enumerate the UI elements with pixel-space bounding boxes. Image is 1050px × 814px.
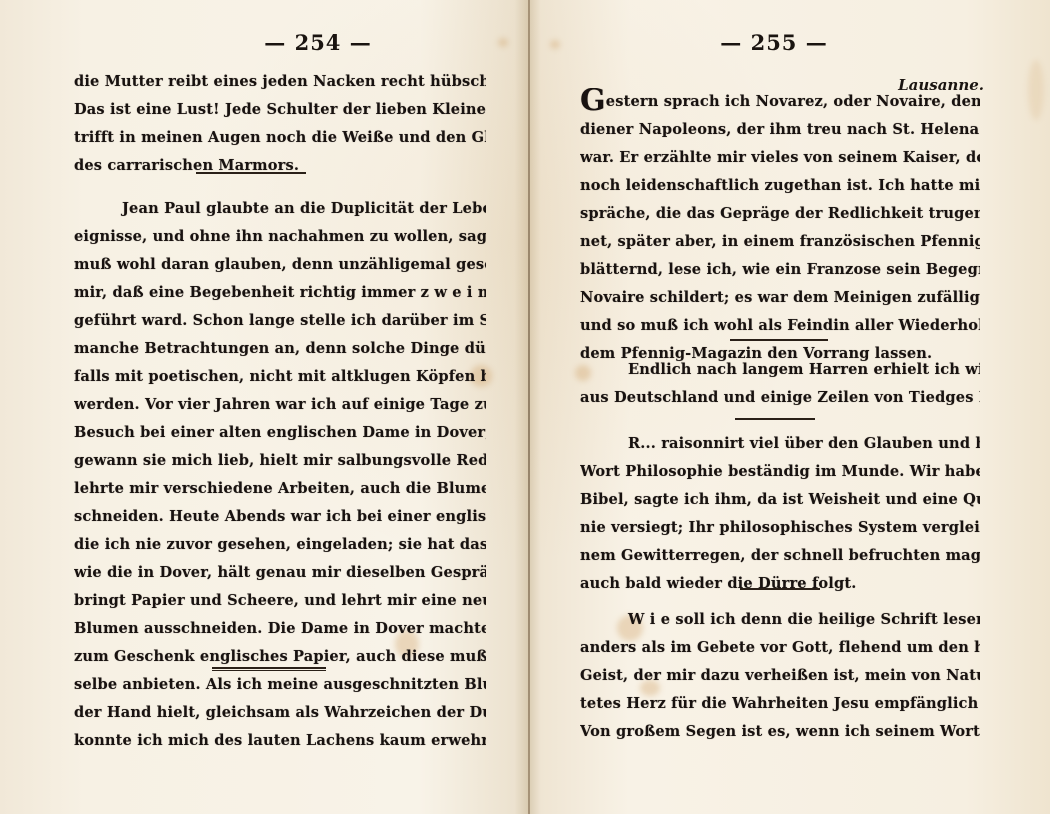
text-line: der Hand hielt, gleichsam als Wahrzeiche… [74, 699, 486, 727]
section-divider [196, 172, 306, 174]
left-page: — 254 — die Mutter reibt eines jeden Nac… [74, 0, 486, 814]
section-divider [740, 588, 820, 590]
foxing-stain [550, 40, 560, 49]
text-line: net, später aber, in einem französischen… [580, 228, 980, 256]
drop-cap: G [580, 88, 606, 116]
text-line: Von großem Segen ist es, wenn ich seinem… [580, 718, 980, 746]
text-line: und so muß ich wohl als Feindin aller Wi… [580, 312, 980, 340]
text-line: gewann sie mich lieb, hielt mir salbungs… [74, 447, 486, 475]
text-line: Endlich nach langem Harren erhielt ich w… [580, 356, 980, 384]
book-gutter [528, 0, 530, 814]
text-line: Novaire schildert; es war dem Meinigen z… [580, 284, 980, 312]
section-divider [730, 339, 828, 341]
page-number: — 255 — [574, 30, 974, 55]
text-line: die Mutter reibt eines jeden Nacken rech… [74, 68, 486, 96]
text-line: trifft in meinen Augen noch die Weiße un… [74, 124, 486, 152]
text-line: werden. Vor vier Jahren war ich auf eini… [74, 391, 486, 419]
text-line: die ich nie zuvor gesehen, eingeladen; s… [74, 531, 486, 559]
text-line: bringt Papier und Scheere, und lehrt mir… [74, 587, 486, 615]
text-line: Blumen ausschneiden. Die Dame in Dover m… [74, 615, 486, 643]
text-line: wie die in Dover, hält genau mir dieselb… [74, 559, 486, 587]
text-line: Geist, der mir dazu verheißen ist, mein … [580, 662, 980, 690]
text-line: blätternd, lese ich, wie ein Franzose se… [580, 256, 980, 284]
text-line: Bibel, sagte ich ihm, da ist Weisheit un… [580, 486, 980, 514]
text-line: spräche, die das Gepräge der Redlichkeit… [580, 200, 980, 228]
text-line: nie versiegt; Ihr philosophisches System… [580, 514, 980, 542]
right-page: — 255 — Lausanne. Gestern sprach ich Nov… [580, 0, 980, 814]
text-line: Gestern sprach ich Novarez, oder Novaire… [580, 88, 980, 116]
text-line: R... raisonnirt viel über den Glauben un… [580, 430, 980, 458]
page-number: — 254 — [112, 30, 524, 55]
section-divider [735, 418, 815, 420]
text-line: konnte ich mich des lauten Lachens kaum … [74, 727, 486, 755]
text-line: Das ist eine Lust! Jede Schulter der lie… [74, 96, 486, 124]
text-line: muß wohl daran glauben, denn unzähligema… [74, 251, 486, 279]
paragraph: Endlich nach langem Harren erhielt ich w… [580, 356, 980, 412]
text-line: geführt ward. Schon lange stelle ich dar… [74, 307, 486, 335]
foxing-stain [1028, 60, 1044, 120]
text-line: eignisse, und ohne ihn nachahmen zu woll… [74, 223, 486, 251]
paragraph: W i e soll ich denn die heilige Schrift … [580, 606, 980, 746]
text-line: noch leidenschaftlich zugethan ist. Ich … [580, 172, 980, 200]
text-line: Jean Paul glaubte an die Duplicität der … [74, 195, 486, 223]
text-line: mir, daß eine Begebenheit richtig immer … [74, 279, 486, 307]
text-line: schneiden. Heute Abends war ich bei eine… [74, 503, 486, 531]
paragraph: R... raisonnirt viel über den Glauben un… [580, 430, 980, 598]
paragraph: die Mutter reibt eines jeden Nacken rech… [74, 68, 486, 180]
text-line: lehrte mir verschiedene Arbeiten, auch d… [74, 475, 486, 503]
paragraph: Gestern sprach ich Novarez, oder Novaire… [580, 88, 980, 368]
text-line: Wort Philosophie beständig im Munde. Wir… [580, 458, 980, 486]
text-line: nem Gewitterregen, der schnell befruchte… [580, 542, 980, 570]
text-line: war. Er erzählte mir vieles von seinem K… [580, 144, 980, 172]
text-line: tetes Herz für die Wahrheiten Jesu empfä… [580, 690, 980, 718]
text-line: auch bald wieder die Dürre folgt. [580, 570, 980, 598]
text-line: selbe anbieten. Als ich meine ausgeschni… [74, 671, 486, 699]
text-line: diener Napoleons, der ihm treu nach St. … [580, 116, 980, 144]
text-line: W i e soll ich denn die heilige Schrift … [580, 606, 980, 634]
text-line: anders als im Gebete vor Gott, flehend u… [580, 634, 980, 662]
book-spread: — 254 — die Mutter reibt eines jeden Nac… [0, 0, 1050, 814]
text-line-content: estern sprach ich Novarez, oder Novaire,… [606, 93, 980, 110]
paragraph: Jean Paul glaubte an die Duplicität der … [74, 195, 486, 755]
text-line: des carrarischen Marmors. [74, 152, 486, 180]
end-divider [212, 667, 326, 671]
text-line: manche Betrachtungen an, denn solche Din… [74, 335, 486, 363]
text-line: Besuch bei einer alten englischen Dame i… [74, 419, 486, 447]
text-line: falls mit poetischen, nicht mit altkluge… [74, 363, 486, 391]
text-line: aus Deutschland und einige Zeilen von Ti… [580, 384, 980, 412]
